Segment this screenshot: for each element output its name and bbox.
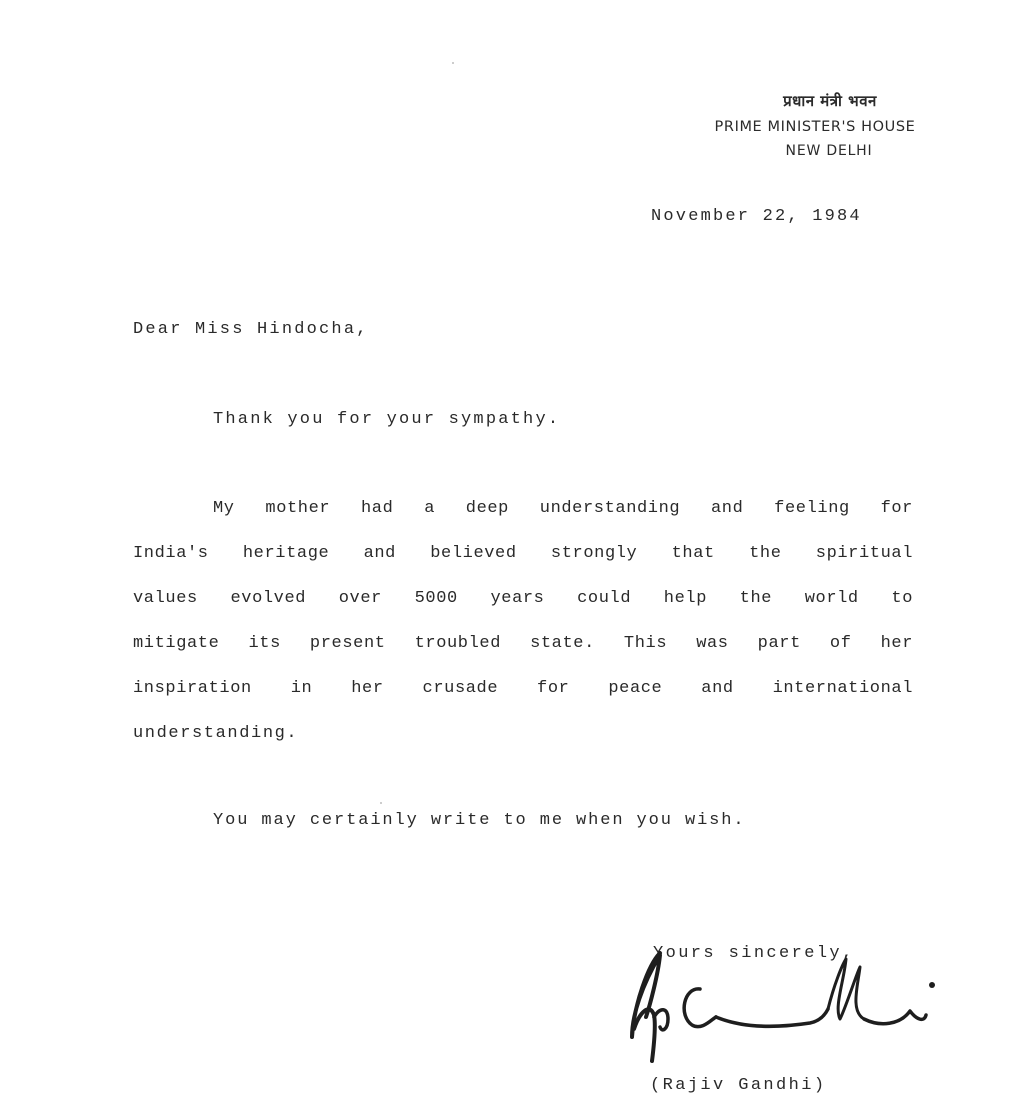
paragraph-line: values evolved over 5000 years could hel… xyxy=(133,586,913,631)
scan-speck xyxy=(380,802,382,804)
signer-name: (Rajiv Gandhi) xyxy=(650,1076,826,1095)
paragraph-thanks: Thank you for your sympathy. xyxy=(213,410,560,429)
signature-icon xyxy=(620,945,950,1065)
paragraph-line: inspiration in her crusade for peace and… xyxy=(133,676,913,721)
letterhead-city: NEW DELHI xyxy=(708,140,950,162)
paragraph-line: My mother had a deep understanding and f… xyxy=(133,496,913,541)
letterhead-title: PRIME MINISTER'S HOUSE xyxy=(680,116,950,138)
salutation: Dear Miss Hindocha, xyxy=(133,320,369,339)
letterhead: प्रधान मंत्री भवन PRIME MINISTER'S HOUSE… xyxy=(660,90,950,162)
paragraph-line: mitigate its present troubled state. Thi… xyxy=(133,631,913,676)
scan-speck xyxy=(452,62,454,64)
letterhead-hindi: प्रधान मंत्री भवन xyxy=(710,90,950,112)
letter-date: November 22, 1984 xyxy=(651,207,862,226)
paragraph-line: India's heritage and believed strongly t… xyxy=(133,541,913,586)
signature-image xyxy=(620,945,950,1065)
paragraph-write: You may certainly write to me when you w… xyxy=(213,811,745,830)
paragraph-mother: My mother had a deep understanding and f… xyxy=(133,496,913,766)
paragraph-line: understanding. xyxy=(133,721,913,766)
